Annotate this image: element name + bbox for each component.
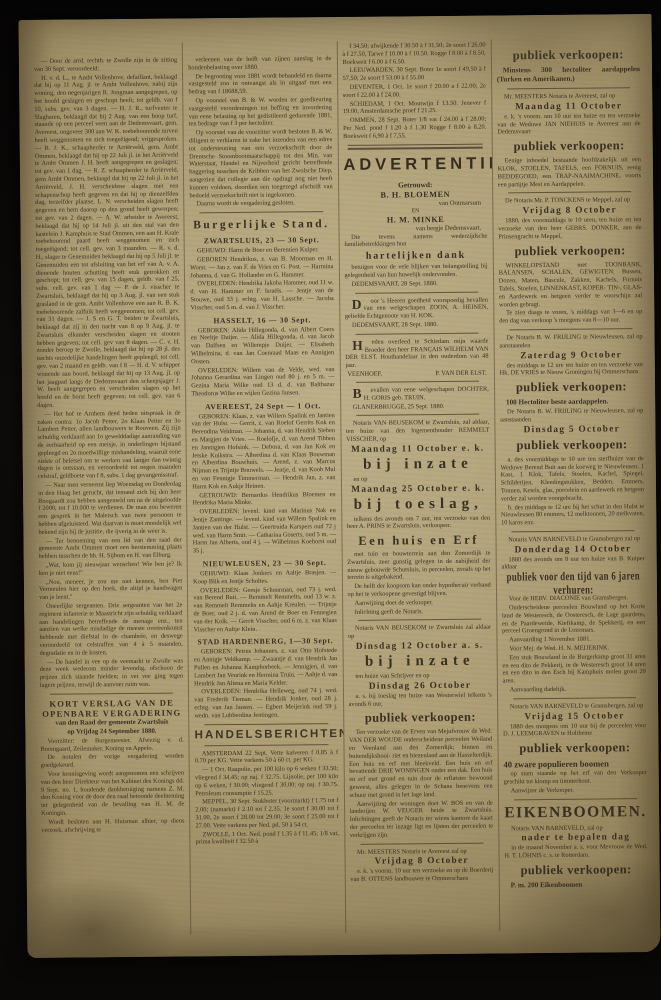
column-layout: — Door de arrd. rechtb. te Zwolle zijn i… <box>29 38 654 936</box>
ad-divider <box>356 381 479 383</box>
barneveld3-verkoopen: publiek verkoopen: <box>504 862 647 878</box>
ad-groom-place: van Ootmarsum <box>344 199 481 207</box>
frijling2-date: Dinsdag 5 October <box>500 424 643 435</box>
nieuwleusen-heading: NIEUWLEUSEN, 23 — 30 Sept. <box>193 558 336 568</box>
beusekom1-inzate: bij inzate <box>346 455 489 473</box>
meesters2-intro: Mr. MEESTERS Notaris te Avereest, zal op <box>497 92 640 101</box>
hasselt-geboren: GEBOREN: Alida Hillegonda, d. van Albert… <box>191 326 335 366</box>
ad-groom-name: B. H. BLOEMEN <box>344 189 487 199</box>
barneveld2-date: Vrijdag 15 October <box>503 711 646 722</box>
frijling1-voorwaarden: des middags te 12 ure ten huize en ten v… <box>500 361 643 378</box>
raad-adres: Op voorstel van de voorzitter wordt besl… <box>189 128 333 200</box>
beusekom2-schrijver: ten huize van Schrijver en op <box>348 672 491 681</box>
ad-overlijden: Heden overleed te Schiedam mijn waarde B… <box>345 337 489 370</box>
raad-kennisgeving: Voor kennisgeving wordt aangenomen een s… <box>41 769 185 817</box>
beusekom2-verkoopen: publiek verkoopen: <box>349 710 492 726</box>
kort-verslag-sub2: op Vrijdag 24 September 1880. <box>40 727 183 735</box>
ad-dank-intro: Die tevens namens wederzijdsche familieb… <box>344 232 487 249</box>
text-block <box>34 43 177 58</box>
advertentien-divider <box>347 143 482 149</box>
photo-backdrop: — Door de arrd. rechtb. te Zwolle zijn i… <box>0 0 661 1000</box>
ad-bride-name: H. M. MINKE <box>344 214 487 224</box>
drop-cap: H <box>345 338 365 350</box>
column-3: f 34,50; afwijkende f 30.50 à f 31,50; 2… <box>336 40 499 933</box>
barneveld2-omschrijving: op stam staande op het erf van den Verko… <box>503 769 646 786</box>
huis-aanwijzing: Aanwijzing doet de verkooper. <box>348 598 491 607</box>
beusekom2-inzate: bij inzate <box>348 653 491 671</box>
zwartsluis-heading: ZWARTSLUIS, 23 — 30 Sept. <box>190 235 333 245</box>
barneveld2-verkoopen: publiek verkoopen: <box>503 740 646 756</box>
ad-geboorte-date: DEDEMSVAART, 28 Sept. 1880. <box>345 321 488 330</box>
raad-belasting: Op voorstel van B. & W. worden ter goedk… <box>189 96 333 129</box>
ad-divider <box>509 328 632 330</box>
ad-dank-date: DEDEMSVAART, 28 Sept. 1880. <box>345 279 488 288</box>
barneveld1-bouwland: Onderscheidene perceelen Bouwland op het… <box>502 603 646 636</box>
barneveld2-populieren: 40 zware populieren boomen <box>503 758 646 769</box>
ad-divider <box>511 530 634 532</box>
section-divider <box>200 211 323 213</box>
avereest-overleden: OVERLEDEN: levenl. kind van Marinus Nak … <box>192 507 336 555</box>
ad-overlijden-sign-left: VEENHOEF. <box>347 371 382 378</box>
drop-cap: B <box>346 387 364 399</box>
zwolle-vervolg: f 34,50; afwijkende f 30.50 à f 31,50; 2… <box>342 42 485 67</box>
avereest-heading: AVEREEST, 24 Sept — 1 Oct. <box>191 401 334 411</box>
raad-begrooting: De begrooting voor 1881 wordt behandeld … <box>188 72 331 97</box>
section-divider <box>205 744 328 746</box>
barneveld1-intro: Notaris VAN BARNEVELD te Gramsbergen zal… <box>501 535 644 544</box>
frijling2-sterfhuis: a. des voormiddags te 10 ure ten sterfhu… <box>500 455 644 503</box>
anekdote-1: „Wat, kom jij nieuwjaar wenschen! Wie be… <box>39 561 182 578</box>
herstemming: — Ter benoeming van een lid van den raad… <box>38 536 181 561</box>
meesters2-date: Maandag 11 October <box>497 101 640 112</box>
hardenberg-heading: STAD HARDENBERG, 1—30 Sept. <box>194 636 337 646</box>
hasselt-heading: HASSELT, 16 — 30 Sept. <box>191 315 334 325</box>
ad-divider <box>507 87 630 89</box>
meesters2-voorwaarden: e. k. 's voorm. om 10 uur ten huize en t… <box>497 112 640 137</box>
tonckens-date: Vrijdag 8 October <box>498 205 641 216</box>
eikenboomen-heading: EIKENBOOMEN. <box>504 803 647 822</box>
veemarkt: — De handel in vee op de veemarkt te Zwo… <box>40 657 184 690</box>
zwartsluis-overleden: OVERLEDEN: Hendrika Jakoba Hammer, oud 1… <box>190 279 334 312</box>
ad-geboorte: Door 's Heeren goedheid voorspoedig beva… <box>345 296 488 321</box>
burgerlijke-stand-heading: Burgerlijke Stand. <box>190 218 333 231</box>
ad-overlijden-sign: VEENHOEF.P. VAN DER ELST. <box>347 370 486 378</box>
beusekom2-toeslag: a. s. bij toeslag ten huize van Westerwi… <box>348 691 491 708</box>
barneveld1-meijerink: Voor Mej. de Wed. H. N. MEIJERINK. <box>502 644 645 653</box>
barneveld3-intro: Notaris VAN BARNEVELD, zal op <box>504 824 647 833</box>
anekdote-2: „Nou, meneer, je zou me niet kennen, ben… <box>39 577 182 602</box>
barneveld2-voorwaarden: 1880 des morgens om 10 uur bij de percee… <box>503 722 646 739</box>
court-report-intro: — Door de arrd. rechtb. te Zwolle zijn i… <box>34 57 177 74</box>
raad-gesloten: Daarna wordt de vergadering gesloten. <box>190 199 333 208</box>
amsterdam-olie: — 1 Oct. Raapolie, per 100 kilo op 6 wek… <box>195 765 339 798</box>
deventer-bericht: DEVENTER, 1 Oct. 1e soort f 20.00 a f 22… <box>343 83 486 100</box>
beusekom1-toeslag: bij toeslag, <box>347 495 490 513</box>
raad-voorzitter: Voorzitter: de Burgemeester. Afwezig v. … <box>40 736 183 753</box>
meesters1-date: Vrijdag 8 October <box>350 856 493 867</box>
beusekom1-intro: Notaris VAN BEUSEKOM te Zwartsluis, zal … <box>346 419 489 444</box>
meesters1-voorwaarden: e. k. 's voorm. 10 uur ten verzoeke en o… <box>350 867 493 884</box>
column-2: verleenen van de helft van zijnen aansla… <box>182 41 345 934</box>
section-divider <box>205 723 328 725</box>
barneveld1-burgerkamp: Een stuk Bouwland in de Burgerkamp groot… <box>502 653 646 686</box>
meppel-bericht: MEPPEL, 30 Sept. Stukboter (voormarkt) f… <box>195 797 339 830</box>
barneveld1-aanvaarding: Aanvaarding 1 November 1881. <box>502 635 645 644</box>
huis-en-erf-heading: Een huis en Erf <box>347 533 490 549</box>
ad-divider <box>355 332 478 334</box>
barneveld3-date: nader te bepalen dag <box>504 832 647 843</box>
text-block <box>188 41 331 56</box>
ad-overlijden-sign-right: P. VAN DER ELST. <box>435 370 486 377</box>
ommen-bericht: OMMEN, 28 Sept. Boter 1/8 vat f 24.00 à … <box>343 116 486 141</box>
frijling2-verkoopen: publiek verkoopen: <box>500 437 643 453</box>
hardenberg-geboren: GEBOREN: Petrus Johannes, z. van Otto Ho… <box>194 647 338 687</box>
ad-divider <box>356 414 479 416</box>
text-block <box>496 38 639 45</box>
barneveld1-dadelijk: Aanvaarding dadelijk. <box>503 685 646 694</box>
meesters2-inboedel: Eenige inboedel bestaande hoofdzakelijk … <box>498 156 642 189</box>
frijling2-intro: De Notaris B. W. FRIJLING te Nieuwleusen… <box>500 407 643 424</box>
raad-besluit: Wordt besloten aan H. Huisman alhier, op… <box>41 817 184 834</box>
newspaper-page: — Door de arrd. rechtb. te Zwolle zijn i… <box>19 14 661 958</box>
beusekom1-enop: en op <box>346 474 489 483</box>
tonckens-verkoopen: publiek verkoopen: <box>498 243 641 259</box>
barneveld1-verhuren: publiek voor den tijd van 6 jaren verhur… <box>502 569 646 597</box>
frijling2-schut: b. des middags te 12 ure bij het schut i… <box>501 503 644 528</box>
hof-arnhem: — Het hof te Arnhem deed heden uitspraak… <box>37 409 181 481</box>
zwolle-bericht: ZWOLLE, 1 Oct. Ned. pond f 1.35 à f 11.4… <box>196 830 339 847</box>
zwartsluis-gehuwd: GEHUWD: Harm de Boer en Berentien Kuiper… <box>190 246 333 255</box>
meesters2-verkoopen: publiek verkoopen: <box>497 138 640 154</box>
ad-dochter-date: GLANERBRUGGE, 25 Sept. 1880. <box>346 402 489 411</box>
beusekom2-date2: Dinsdag 26 October <box>348 680 491 691</box>
haag-gerucht: — Naar men verneemt liep Woensdag en Don… <box>38 481 182 537</box>
ad-dochter: Bevallen van eene welgeschapen DOCHTER, … <box>346 385 489 402</box>
ad-dank-slot: betuigen voor de vele blijken van belang… <box>344 263 487 280</box>
huis-inlichting: Inlichting geeft de Notaris. <box>348 607 491 616</box>
meesters1-verkoopen: publiek verkoopen: <box>497 47 640 63</box>
raad-notulen: De notulen der vorige vergadering worden… <box>41 753 184 770</box>
woude-percelen: Ten verzoeke van de Erven van Mejufvrouw… <box>349 728 493 800</box>
avereest-geboren: GEBOREN: Klaas, z. van Willem Spalink en… <box>192 412 336 491</box>
drop-cap: D <box>345 297 364 309</box>
leeuwarden-bericht: LEEUWARDEN, 30 Sept. Boter 1e soort f 49… <box>342 66 485 83</box>
huis-omschrijving: met tuin en bouwterrein aan den Zomerdij… <box>347 550 491 583</box>
nieuwleusen-overleden: OVERLEDEN: Geesje Schuurman, oud 73 j. w… <box>193 586 337 634</box>
ad-bride-place: van bergje Dedemsvaart. <box>344 224 481 232</box>
beusekom2-date1: Dinsdag 12 October a. s. <box>348 641 491 652</box>
ad-divider <box>355 291 478 293</box>
woude-aanwijzing: Aanwijzing der woningen doet W. BOS en v… <box>350 799 494 839</box>
frijling1-aardappelen: 100 Hectoliter beste aardappelen. <box>500 397 643 407</box>
barneveld2-intro: Notaris VAN BARNEVELD te Gramsbergen, za… <box>503 702 646 711</box>
ad-divider <box>513 697 636 699</box>
tonckens-intro: De Notaris Mr. P. TONCKENS te Meppel, za… <box>498 196 641 205</box>
frijling1-intro: De Notaris B. W. FRIJLING te Nieuwleusen… <box>499 333 642 350</box>
huis-koopsom: De helft der koopsom kan onder hypotheca… <box>347 582 490 599</box>
schiedam-bericht: SCHIEDAM, 1 Oct. Moutwijn f 13.50. Jenev… <box>343 99 486 116</box>
meesters1-aardappelen: Minstens 300 hectoliter aardappelen (Tur… <box>497 65 640 84</box>
ad-divider <box>360 842 483 844</box>
tonckens-bezichtiging: Te zien daags te voren, 's middags van 3… <box>499 308 642 325</box>
raad-vervolg: verleenen van de helft van zijnen aansla… <box>188 55 331 72</box>
handelsberichten-heading: HANDELSBERICHTEN. <box>195 728 338 741</box>
amsterdam-bericht: AMSTERDAM 22 Sept. Vette kalveren f 0.85… <box>195 749 338 766</box>
beusekom1-date1: Maandag 11 October e. k. <box>346 443 489 454</box>
column-1: — Door de arrd. rechtb. te Zwolle zijn i… <box>29 42 191 935</box>
hasselt-overleden: OVERLEDEN: Willem van de Velde, wed. van… <box>191 366 335 399</box>
beusekom2-intro: Notaris VAN BEUSEKOM te Zwartsluis zal a… <box>348 624 491 641</box>
barneveld3-eiken: P. m. 200 Eikenboomen <box>505 880 648 890</box>
barneveld1-date: Donderdag 14 October <box>501 544 644 555</box>
kort-verslag-sub1: van den Raad der gemeente Zwartsluis <box>40 718 183 726</box>
beusekom1-voorwaarden: telkens des avonds om 7 uur, ten verzoek… <box>347 514 490 531</box>
tonckens-winkelopstand: WINKELOPSTAND met TOONBANK, BALANSEN, SC… <box>499 261 643 309</box>
meesters1-intro: Mr. MEESTERS Notaris te Avereest zal op <box>350 847 493 856</box>
advertentien-heading: ADVERTENTIEN. <box>343 154 486 174</box>
hardenberg-overleden: OVERLEDEN: Hendrika Helleweg, oud 74 j. … <box>194 687 338 720</box>
sergeanten: Oneerlijke sergeanten. Drie sergeanten v… <box>39 601 183 657</box>
kort-verslag-title: KORT VERSLAG VAN DE OPENBARE VERGADERING <box>40 697 183 718</box>
ad-divider <box>514 798 637 800</box>
beusekom1-date2: Maandag 25 October e. k. <box>346 483 489 494</box>
tonckens-voorwaarden: 1880, des voormiddags te 10 uren, ten hu… <box>498 216 641 241</box>
ad-divider <box>508 192 631 194</box>
zwartsluis-geboren: GEBOREN Hendrikus, z. van B. Moorman en … <box>190 255 333 280</box>
column-4: publiek verkoopen:Minstens 300 hectolite… <box>490 38 653 931</box>
ad-getrouwd-label: Getrouwd: <box>344 179 487 189</box>
nieuwleusen-gehuwd: GEHUWD: Klaas Jonkers en Aaltje Brasjen.… <box>193 569 336 586</box>
ad-divider <box>358 619 481 621</box>
frijling1-verkoopen: publiek verkoopen: <box>500 379 643 395</box>
frijling1-date: Zaterdag 9 October <box>499 350 642 361</box>
barneveld3-voorwaarden: in de maand November a. s. voor Mevrouw … <box>504 843 647 860</box>
section-divider <box>50 692 173 694</box>
ad-dank: hartelijken dank <box>344 250 487 262</box>
barneveld2-aanwijzer: Aanwijzer de Verkooper. <box>504 786 647 795</box>
court-report-body: H. v. d. L., te Ambt Vollenhove, defaill… <box>34 73 180 410</box>
avereest-getrouwd: GETROUWD: Bernardus Hendrikus Bloemen en… <box>192 491 335 508</box>
